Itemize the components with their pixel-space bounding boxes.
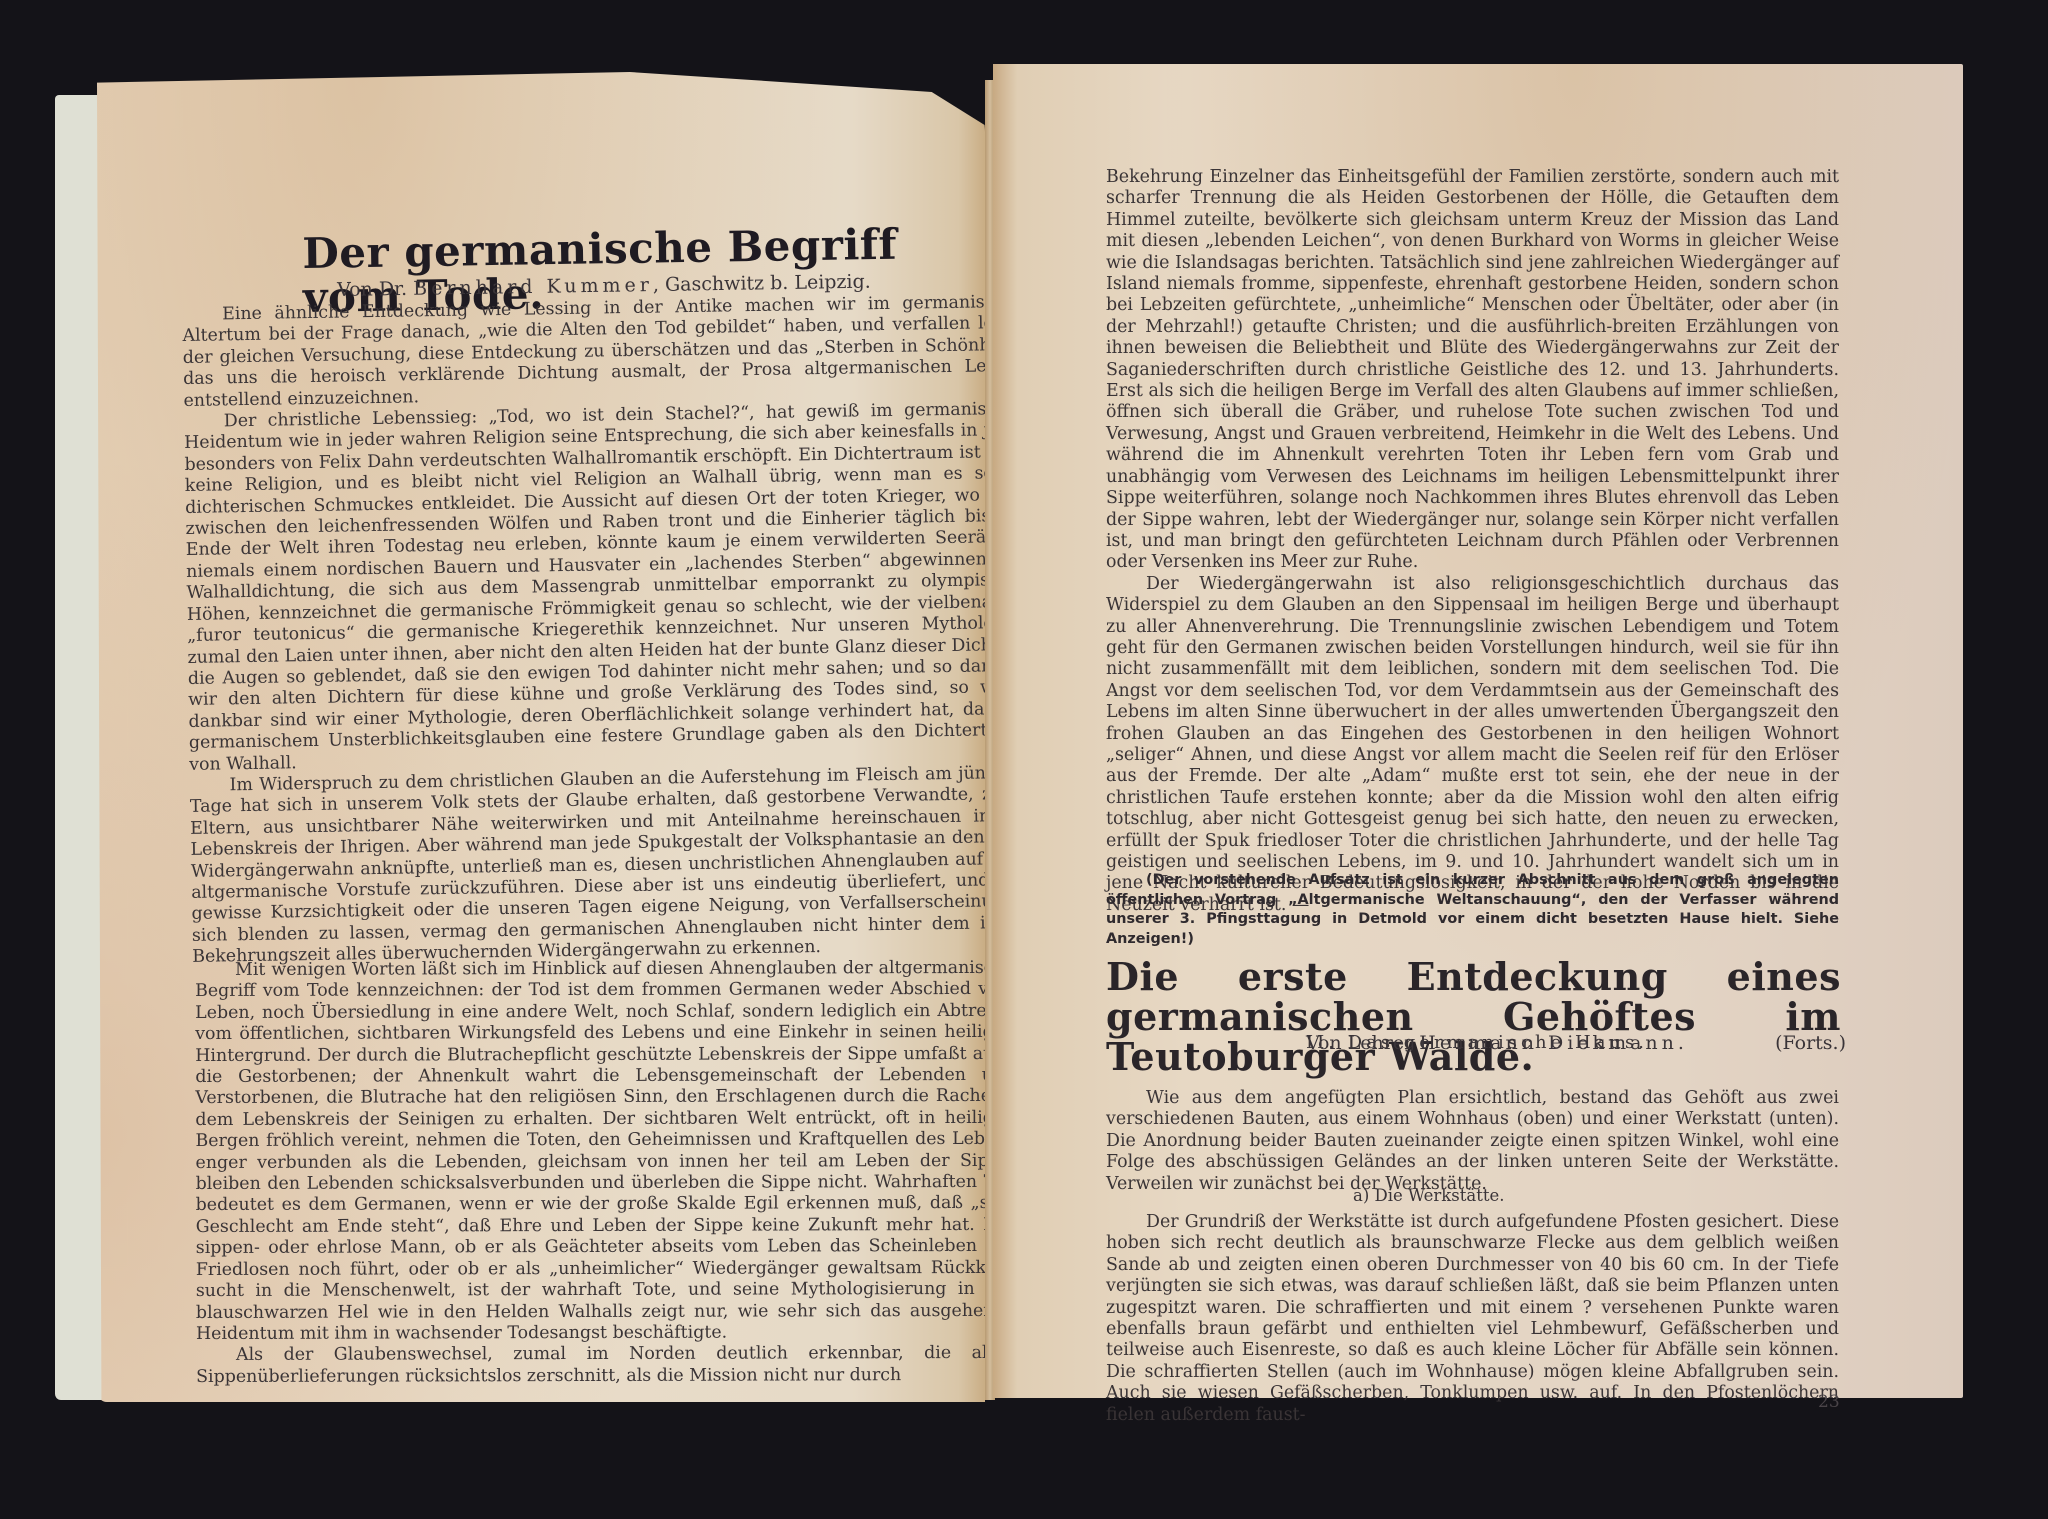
- page-number: 23: [1818, 1392, 1840, 1412]
- right-page: Bekehrung Einzelner das Einheitsgefühl d…: [993, 64, 1963, 1398]
- editor-note: (Der vorstehende Aufsatz ist ein kurzer …: [1106, 871, 1839, 949]
- paragraph: Der Wiedergängerwahn ist also religionsg…: [1106, 574, 1839, 917]
- paragraph: Wie aus dem angefügten Plan ersichtlich,…: [1106, 1088, 1839, 1195]
- paragraph: Mit wenigen Worten läßt sich im Hinblick…: [195, 958, 1016, 1345]
- article-continuation: Bekehrung Einzelner das Einheitsgefühl d…: [1106, 167, 1839, 916]
- paragraph: Der Grundriß der Werkstätte ist durch au…: [1106, 1212, 1839, 1426]
- second-article-title: Die erste Entdeckung eines germanischen …: [1106, 957, 1841, 1077]
- paragraph: Im Widerspruch zu dem christlichen Glaub…: [189, 763, 1037, 969]
- paragraph: Eine ähnliche Entdeckung wie Lessing in …: [182, 292, 1029, 412]
- byline-author: Bernhard Kummer: [413, 274, 653, 300]
- paragraph: Der christliche Lebenssieg: „Tod, wo ist…: [184, 399, 1035, 776]
- page-number: 22: [212, 1412, 234, 1432]
- second-article-body: Wie aus dem angefügten Plan ersichtlich,…: [1106, 1088, 1839, 1195]
- byline-suffix: , Gaschwitz b. Leipzig.: [653, 271, 871, 296]
- byline-prefix: Von Dr.: [337, 278, 407, 301]
- paragraph: Bekehrung Einzelner das Einheitsgefühl d…: [1106, 167, 1839, 574]
- article-body-bottom: Mit wenigen Worten läßt sich im Hinblick…: [195, 958, 1016, 1388]
- section-heading: II. Das germanische Haus.: [1306, 1032, 1846, 1053]
- second-article-body-continued: Der Grundriß der Werkstätte ist durch au…: [1106, 1212, 1839, 1426]
- left-page: Der germanische Begriff vom Tode. Von Dr…: [97, 72, 985, 1402]
- article-body-top: Eine ähnliche Entdeckung wie Lessing in …: [182, 292, 1037, 969]
- subsection-heading: a) Die Werkstätte.: [1353, 1186, 1505, 1205]
- paragraph: Als der Glaubenswechsel, zumal im Norden…: [196, 1343, 1016, 1388]
